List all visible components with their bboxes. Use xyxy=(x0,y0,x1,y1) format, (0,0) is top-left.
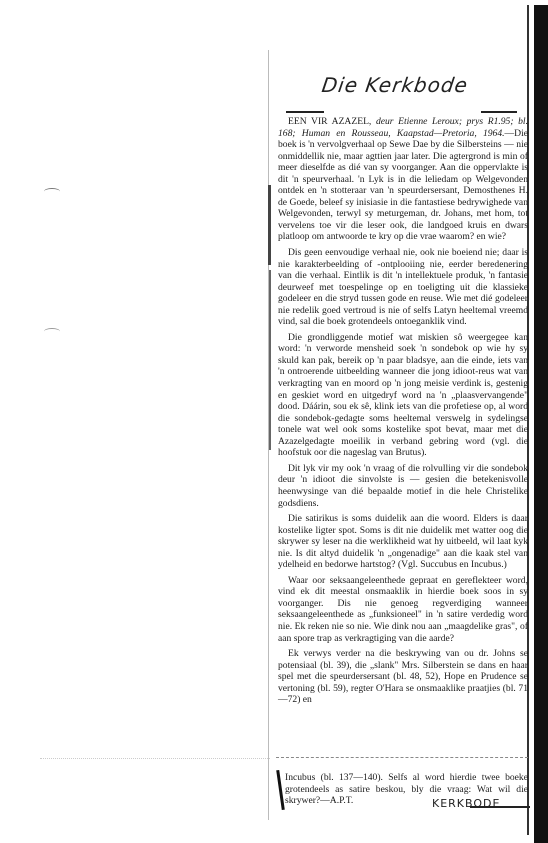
scan-noise xyxy=(40,758,270,759)
column-break-line xyxy=(276,757,528,759)
article-paragraph-7: Ek verwys verder na die beskrywing van o… xyxy=(278,648,528,706)
scan-mark xyxy=(44,188,60,195)
author-signature: —A.P.T. xyxy=(320,795,353,806)
clipping-edge-mark xyxy=(276,770,285,810)
handwritten-stamp: KERKBODE xyxy=(432,797,500,810)
review-article: EEN VIR AZAZEL, deur Etienne Leroux; pry… xyxy=(278,116,528,710)
rule-mark-right xyxy=(481,111,517,113)
stamp-underline xyxy=(470,806,530,808)
paragraph-text: —Die boek is 'n vervolgverhaal op Sewe D… xyxy=(278,128,528,243)
clipping-left-edge-shadow xyxy=(268,185,271,265)
article-paragraph-4: Dit lyk vir my ook 'n vraag of die rolvu… xyxy=(278,463,528,509)
book-title: EEN VIR AZAZEL, xyxy=(288,116,371,127)
article-paragraph-5: Die satirikus is soms duidelik aan die w… xyxy=(278,513,528,571)
scan-border-dark xyxy=(534,5,548,843)
article-paragraph-2: Dis geen eenvoudige verhaal nie, ook nie… xyxy=(278,247,528,328)
handwritten-source-label: Die Kerkbode xyxy=(320,73,469,97)
rule-mark-left xyxy=(286,111,324,113)
article-paragraph-3: Die grondliggende motief wat miskien sô … xyxy=(278,332,528,459)
article-paragraph-1: EEN VIR AZAZEL, deur Etienne Leroux; pry… xyxy=(278,116,528,243)
article-paragraph-6: Waar oor seksaangeleenthede gepraat en g… xyxy=(278,575,528,644)
clipping-left-edge-shadow xyxy=(269,270,271,450)
scan-mark xyxy=(44,328,60,335)
